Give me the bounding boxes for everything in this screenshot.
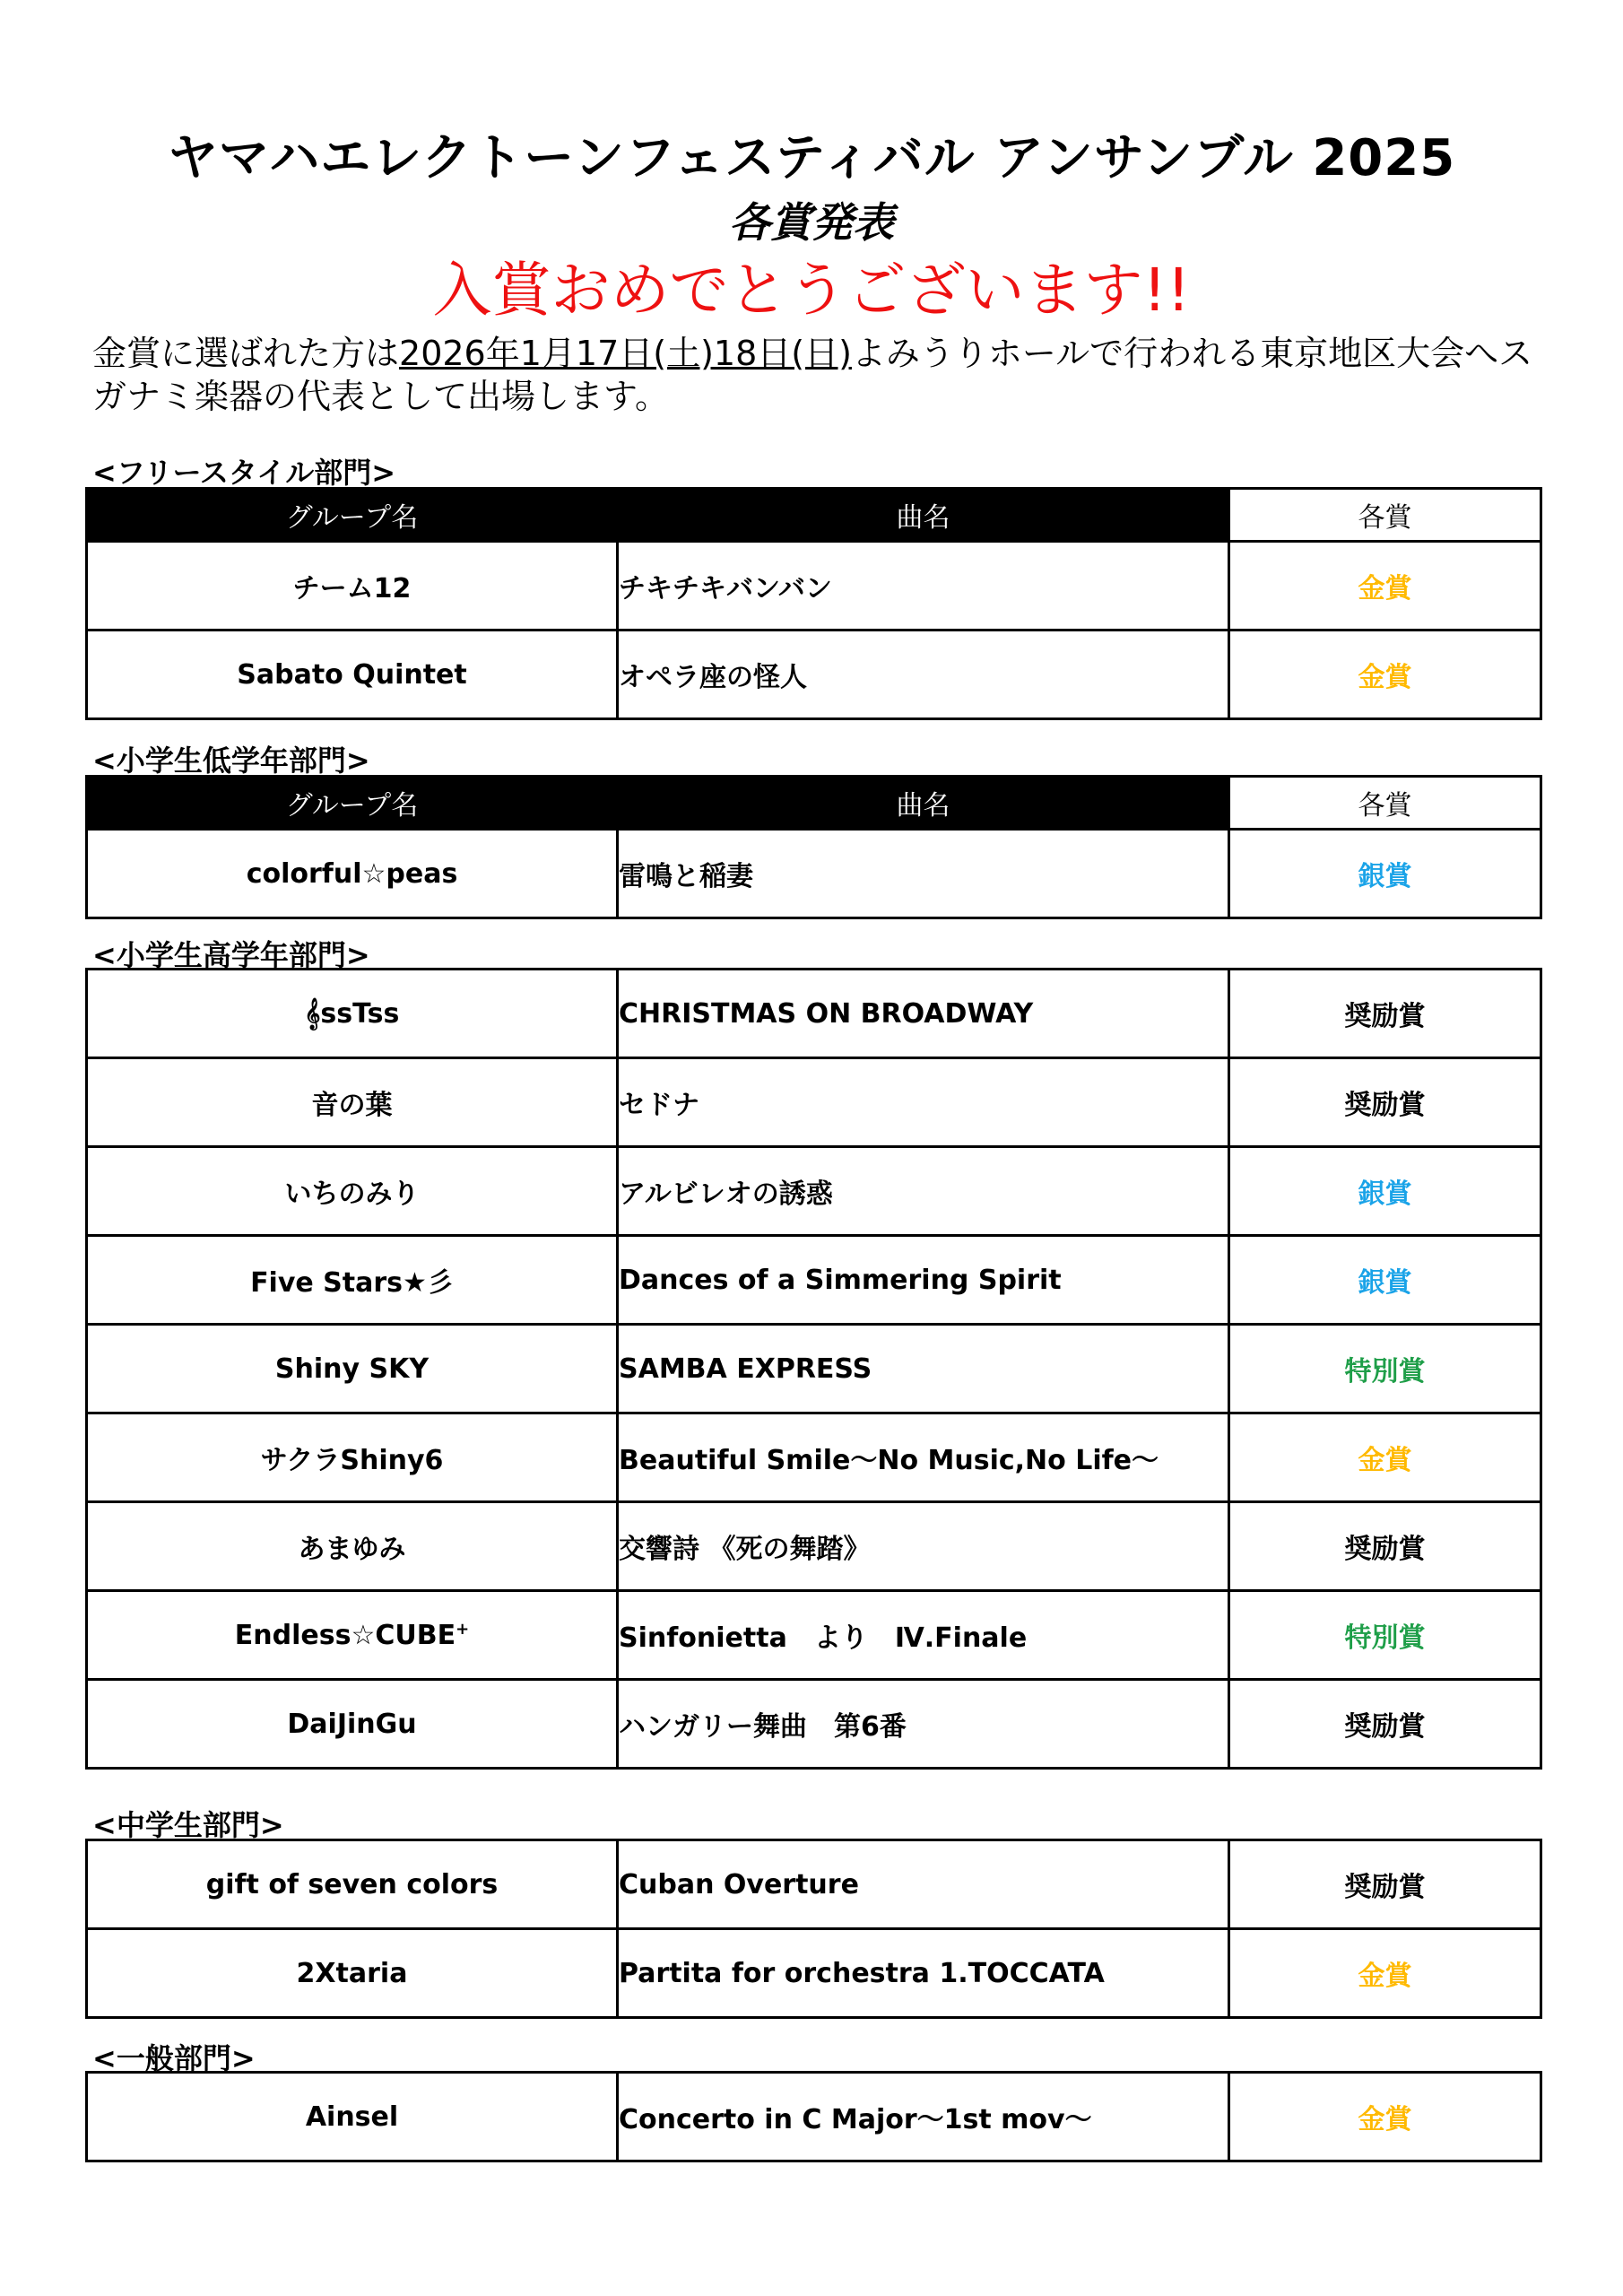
awards-table-freestyle: グループ名 曲名 各賞 チーム12 チキチキバンバン 金賞 Sabato Qui…: [85, 487, 1542, 720]
group-name: チーム12: [87, 542, 618, 631]
award-gold: 金賞: [1229, 2073, 1541, 2161]
congratulations-banner: 入賞おめでとうございます!!: [0, 242, 1623, 327]
award-encouragement: 奨励賞: [1229, 1840, 1541, 1929]
column-header-group: グループ名: [87, 777, 618, 830]
group-name: Sabato Quintet: [87, 631, 618, 719]
table-row: Endless☆CUBE+ Sinfonietta より Ⅳ.Finale 特別…: [87, 1591, 1541, 1680]
award-silver: 銀賞: [1229, 830, 1541, 918]
table-header-row: グループ名 曲名 各賞: [87, 489, 1541, 542]
song-title: Sinfonietta より Ⅳ.Finale: [618, 1591, 1229, 1680]
notice-paragraph: 金賞に選ばれた方は2026年1月17日(土)18日(日)よみうりホールで行われる…: [92, 332, 1563, 418]
award-special: 特別賞: [1229, 1591, 1541, 1680]
song-title: 交響詩 《死の舞踏》: [618, 1502, 1229, 1591]
awards-table-upper-elementary: 𝄞ssTss CHRISTMAS ON BROADWAY 奨励賞 音の葉 セドナ…: [85, 968, 1542, 1770]
group-name: 𝄞ssTss: [87, 970, 618, 1058]
song-title: セドナ: [618, 1058, 1229, 1147]
awards-table-junior-high: gift of seven colors Cuban Overture 奨励賞 …: [85, 1839, 1542, 2019]
group-name: サクラShiny6: [87, 1413, 618, 1502]
column-header-song: 曲名: [618, 489, 1229, 542]
song-title: Dances of a Simmering Spirit: [618, 1236, 1229, 1325]
award-special: 特別賞: [1229, 1325, 1541, 1413]
group-name: Endless☆CUBE+: [87, 1591, 618, 1680]
group-name: 音の葉: [87, 1058, 618, 1147]
table-row: サクラShiny6 Beautiful Smile〜No Music,No Li…: [87, 1413, 1541, 1502]
group-name-text: Endless☆CUBE: [235, 1620, 456, 1651]
group-name: Shiny SKY: [87, 1325, 618, 1413]
table-row: gift of seven colors Cuban Overture 奨励賞: [87, 1840, 1541, 1929]
award-encouragement: 奨励賞: [1229, 1502, 1541, 1591]
awards-table-general: Ainsel Concerto in C Major〜1st mov〜 金賞: [85, 2071, 1542, 2162]
table-row: いちのみり アルビレオの誘惑 銀賞: [87, 1147, 1541, 1236]
song-title: アルビレオの誘惑: [618, 1147, 1229, 1236]
group-name: いちのみり: [87, 1147, 618, 1236]
group-name: gift of seven colors: [87, 1840, 618, 1929]
song-title: ハンガリー舞曲 第6番: [618, 1680, 1229, 1769]
award-encouragement: 奨励賞: [1229, 1058, 1541, 1147]
notice-prefix: 金賞に選ばれた方は: [92, 334, 399, 373]
section-label-lower-elementary: <小学生低学年部門>: [92, 738, 370, 779]
award-gold: 金賞: [1229, 631, 1541, 719]
table-row: Five Stars★彡 Dances of a Simmering Spiri…: [87, 1236, 1541, 1325]
group-name: Ainsel: [87, 2073, 618, 2161]
award-silver: 銀賞: [1229, 1236, 1541, 1325]
column-header-award: 各賞: [1229, 777, 1541, 830]
table-header-row: グループ名 曲名 各賞: [87, 777, 1541, 830]
table-row: DaiJinGu ハンガリー舞曲 第6番 奨励賞: [87, 1680, 1541, 1769]
award-silver: 銀賞: [1229, 1147, 1541, 1236]
table-row: Shiny SKY SAMBA EXPRESS 特別賞: [87, 1325, 1541, 1413]
award-gold: 金賞: [1229, 542, 1541, 631]
table-row: あまゆみ 交響詩 《死の舞踏》 奨励賞: [87, 1502, 1541, 1591]
award-encouragement: 奨励賞: [1229, 970, 1541, 1058]
song-title: SAMBA EXPRESS: [618, 1325, 1229, 1413]
table-row: チーム12 チキチキバンバン 金賞: [87, 542, 1541, 631]
song-title: Beautiful Smile〜No Music,No Life〜: [618, 1413, 1229, 1502]
award-gold: 金賞: [1229, 1929, 1541, 2018]
song-title: オペラ座の怪人: [618, 631, 1229, 719]
group-name: Five Stars★彡: [87, 1236, 618, 1325]
group-name: 2Xtaria: [87, 1929, 618, 2018]
awards-table-lower-elementary: グループ名 曲名 各賞 colorful☆peas 雷鳴と稲妻 銀賞: [85, 775, 1542, 919]
award-gold: 金賞: [1229, 1413, 1541, 1502]
group-name: DaiJinGu: [87, 1680, 618, 1769]
column-header-group: グループ名: [87, 489, 618, 542]
song-title: CHRISTMAS ON BROADWAY: [618, 970, 1229, 1058]
notice-date: 2026年1月17日(土)18日(日): [399, 334, 852, 373]
table-row: colorful☆peas 雷鳴と稲妻 銀賞: [87, 830, 1541, 918]
song-title: 雷鳴と稲妻: [618, 830, 1229, 918]
song-title: Partita for orchestra 1.TOCCATA: [618, 1929, 1229, 2018]
table-row: Ainsel Concerto in C Major〜1st mov〜 金賞: [87, 2073, 1541, 2161]
page-title: ヤマハエレクトーンフェスティバル アンサンブル 2025: [0, 118, 1623, 190]
section-label-freestyle: <フリースタイル部門>: [92, 450, 395, 491]
column-header-song: 曲名: [618, 777, 1229, 830]
song-title: Cuban Overture: [618, 1840, 1229, 1929]
song-title: チキチキバンバン: [618, 542, 1229, 631]
table-row: 𝄞ssTss CHRISTMAS ON BROADWAY 奨励賞: [87, 970, 1541, 1058]
column-header-award: 各賞: [1229, 489, 1541, 542]
page-subtitle: 各賞発表: [0, 190, 1623, 249]
song-title: Concerto in C Major〜1st mov〜: [618, 2073, 1229, 2161]
table-row: 音の葉 セドナ 奨励賞: [87, 1058, 1541, 1147]
group-name-superscript: +: [456, 1620, 469, 1639]
table-row: 2Xtaria Partita for orchestra 1.TOCCATA …: [87, 1929, 1541, 2018]
award-encouragement: 奨励賞: [1229, 1680, 1541, 1769]
table-row: Sabato Quintet オペラ座の怪人 金賞: [87, 631, 1541, 719]
group-name: あまゆみ: [87, 1502, 618, 1591]
group-name: colorful☆peas: [87, 830, 618, 918]
